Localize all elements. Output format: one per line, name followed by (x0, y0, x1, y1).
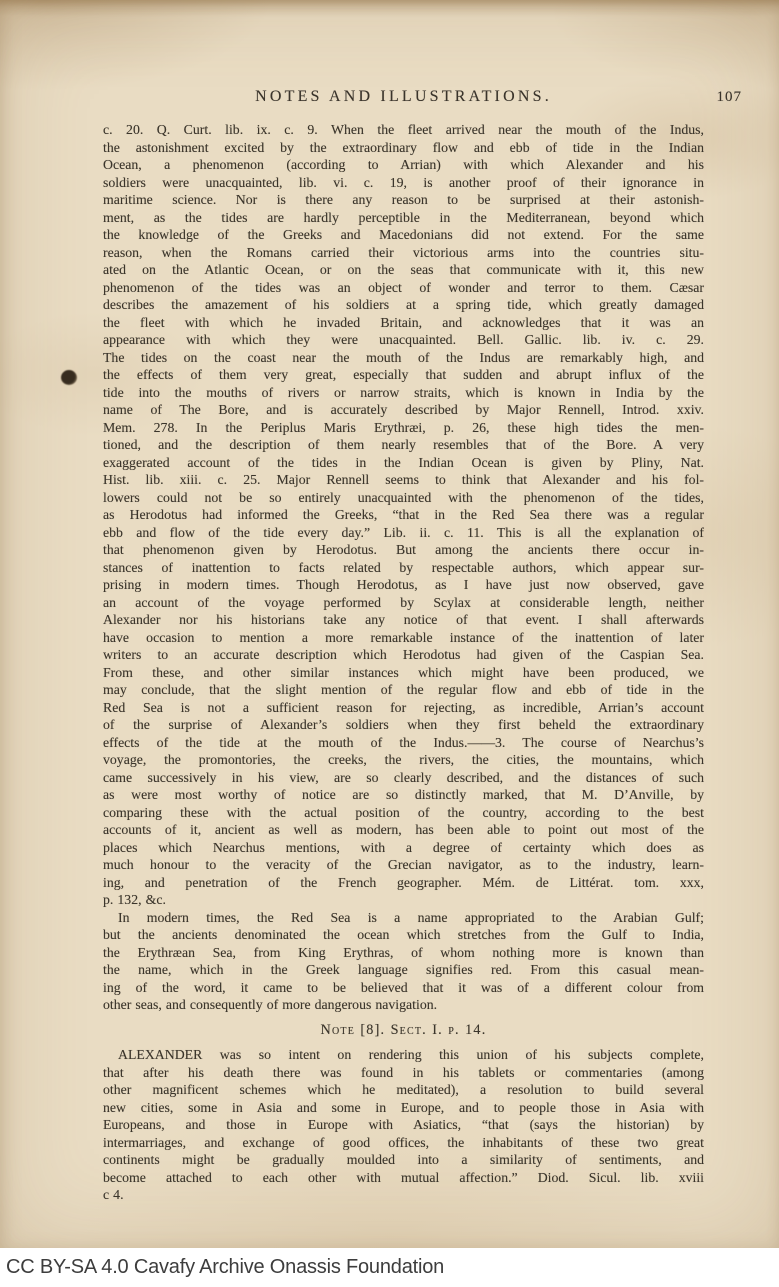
text-line: intermarriages, and exchange of good off… (103, 1134, 704, 1152)
text-line: that after his death there was found in … (103, 1064, 704, 1082)
text-line: In modern times, the Red Sea is a name a… (103, 909, 704, 927)
text-line: become attached to each other with mutua… (103, 1169, 704, 1187)
text-line: reason, when the Romans carried their vi… (103, 244, 704, 262)
text-line: exaggerated account of the tides in the … (103, 454, 704, 472)
text-line: ing of the word, it came to be believed … (103, 979, 704, 997)
text-line: c. 20. Q. Curt. lib. ix. c. 9. When the … (103, 121, 704, 139)
text-line: new cities, some in Asia and some in Eur… (103, 1099, 704, 1117)
text-line: ment, as the tides are hardly perceptibl… (103, 209, 704, 227)
text-line: other magnificent schemes which he medit… (103, 1081, 704, 1099)
text-line: name of The Bore, and is accurately desc… (103, 401, 704, 419)
text-line: p. 132, &c. (103, 891, 704, 909)
paragraph-red-sea: In modern times, the Red Sea is a name a… (103, 909, 704, 1014)
text-line: Red Sea is not a sufficient reason for r… (103, 699, 704, 717)
book-page-scan: NOTES AND ILLUSTRATIONS. 107 c. 20. Q. C… (0, 0, 779, 1248)
text-line: From these, and other similar instances … (103, 664, 704, 682)
text-line: tioned, and the description of them near… (103, 436, 704, 454)
text-line: may conclude, that the slight mention of… (103, 681, 704, 699)
text-line: accounts of it, ancient as well as moder… (103, 821, 704, 839)
license-text: CC BY-SA 4.0 Cavafy Archive Onassis Foun… (0, 1256, 444, 1279)
text-line: continents might be gradually moulded in… (103, 1151, 704, 1169)
paragraph-note-8: ALEXANDER was so intent on rendering thi… (103, 1046, 704, 1204)
text-line: as were most worthy of notice are so dis… (103, 786, 704, 804)
page-number: 107 (717, 89, 743, 106)
text-line: ebb and flow of the tide every day.” Lib… (103, 524, 704, 542)
text-line: Ocean, a phenomenon (according to Arrian… (103, 156, 704, 174)
text-line: the knowledge of the Greeks and Macedoni… (103, 226, 704, 244)
text-line: c 4. (103, 1186, 704, 1204)
text-line: came successively in his view, are so cl… (103, 769, 704, 787)
text-line: lowers could not be so entirely unacquai… (103, 489, 704, 507)
ink-blot-stain (61, 370, 77, 385)
text-line: the Erythræan Sea, from King Erythras, o… (103, 944, 704, 962)
text-line: have occasion to mention a more remarkab… (103, 629, 704, 647)
text-line: the fleet with which he invaded Britain,… (103, 314, 704, 332)
text-line: the astonishment excited by the extraord… (103, 139, 704, 157)
text-line: Mem. 278. In the Periplus Maris Erythræi… (103, 419, 704, 437)
text-line: that phenomenon given by Herodotus. But … (103, 541, 704, 559)
text-line: ated on the Atlantic Ocean, or on the se… (103, 261, 704, 279)
text-line: much honour to the veracity of the Greci… (103, 856, 704, 874)
text-line: of the surprise of Alexander’s soldiers … (103, 716, 704, 734)
license-bar: CC BY-SA 4.0 Cavafy Archive Onassis Foun… (0, 1248, 779, 1287)
text-line: maritime science. Nor is there any reaso… (103, 191, 704, 209)
text-line: ing, and penetration of the French geogr… (103, 874, 704, 892)
text-line: comparing these with the actual position… (103, 804, 704, 822)
text-line: phenomenon of the tides was an object of… (103, 279, 704, 297)
text-line: tide into the mouths of rivers or narrow… (103, 384, 704, 402)
text-line: Hist. lib. xiii. c. 25. Major Rennell se… (103, 471, 704, 489)
text-line: soldiers were unacquainted, lib. vi. c. … (103, 174, 704, 192)
text-line: the name, which in the Greek language si… (103, 961, 704, 979)
running-header: NOTES AND ILLUSTRATIONS. (103, 88, 704, 106)
text-line: stances of inattention to facts related … (103, 559, 704, 577)
page-text-block: c. 20. Q. Curt. lib. ix. c. 9. When the … (103, 121, 704, 1204)
text-line: The tides on the coast near the mouth of… (103, 349, 704, 367)
note-8-heading: Note [8]. Sect. I. p. 14. (103, 1022, 704, 1040)
text-line: writers to an accurate description which… (103, 646, 704, 664)
paragraph-note-7-continuation: c. 20. Q. Curt. lib. ix. c. 9. When the … (103, 121, 704, 909)
text-line: places which Nearchus mentions, with a d… (103, 839, 704, 857)
text-line: Europeans, and those in Europe with Asia… (103, 1116, 704, 1134)
text-line: voyage, the promontories, the creeks, th… (103, 751, 704, 769)
text-line: Alexander nor his historians take any no… (103, 611, 704, 629)
text-line: describes the amazement of his soldiers … (103, 296, 704, 314)
text-line: prising in modern times. Though Herodotu… (103, 576, 704, 594)
text-line: as Herodotus had informed the Greeks, “t… (103, 506, 704, 524)
text-line: appearance with which they were unacquai… (103, 331, 704, 349)
text-line: the effects of them very great, especial… (103, 366, 704, 384)
text-line: but the ancients denominated the ocean w… (103, 926, 704, 944)
text-line: ALEXANDER was so intent on rendering thi… (103, 1046, 704, 1064)
text-line: an account of the voyage performed by Sc… (103, 594, 704, 612)
text-line: other seas, and consequently of more dan… (103, 996, 704, 1014)
text-line: effects of the tide at the mouth of the … (103, 734, 704, 752)
